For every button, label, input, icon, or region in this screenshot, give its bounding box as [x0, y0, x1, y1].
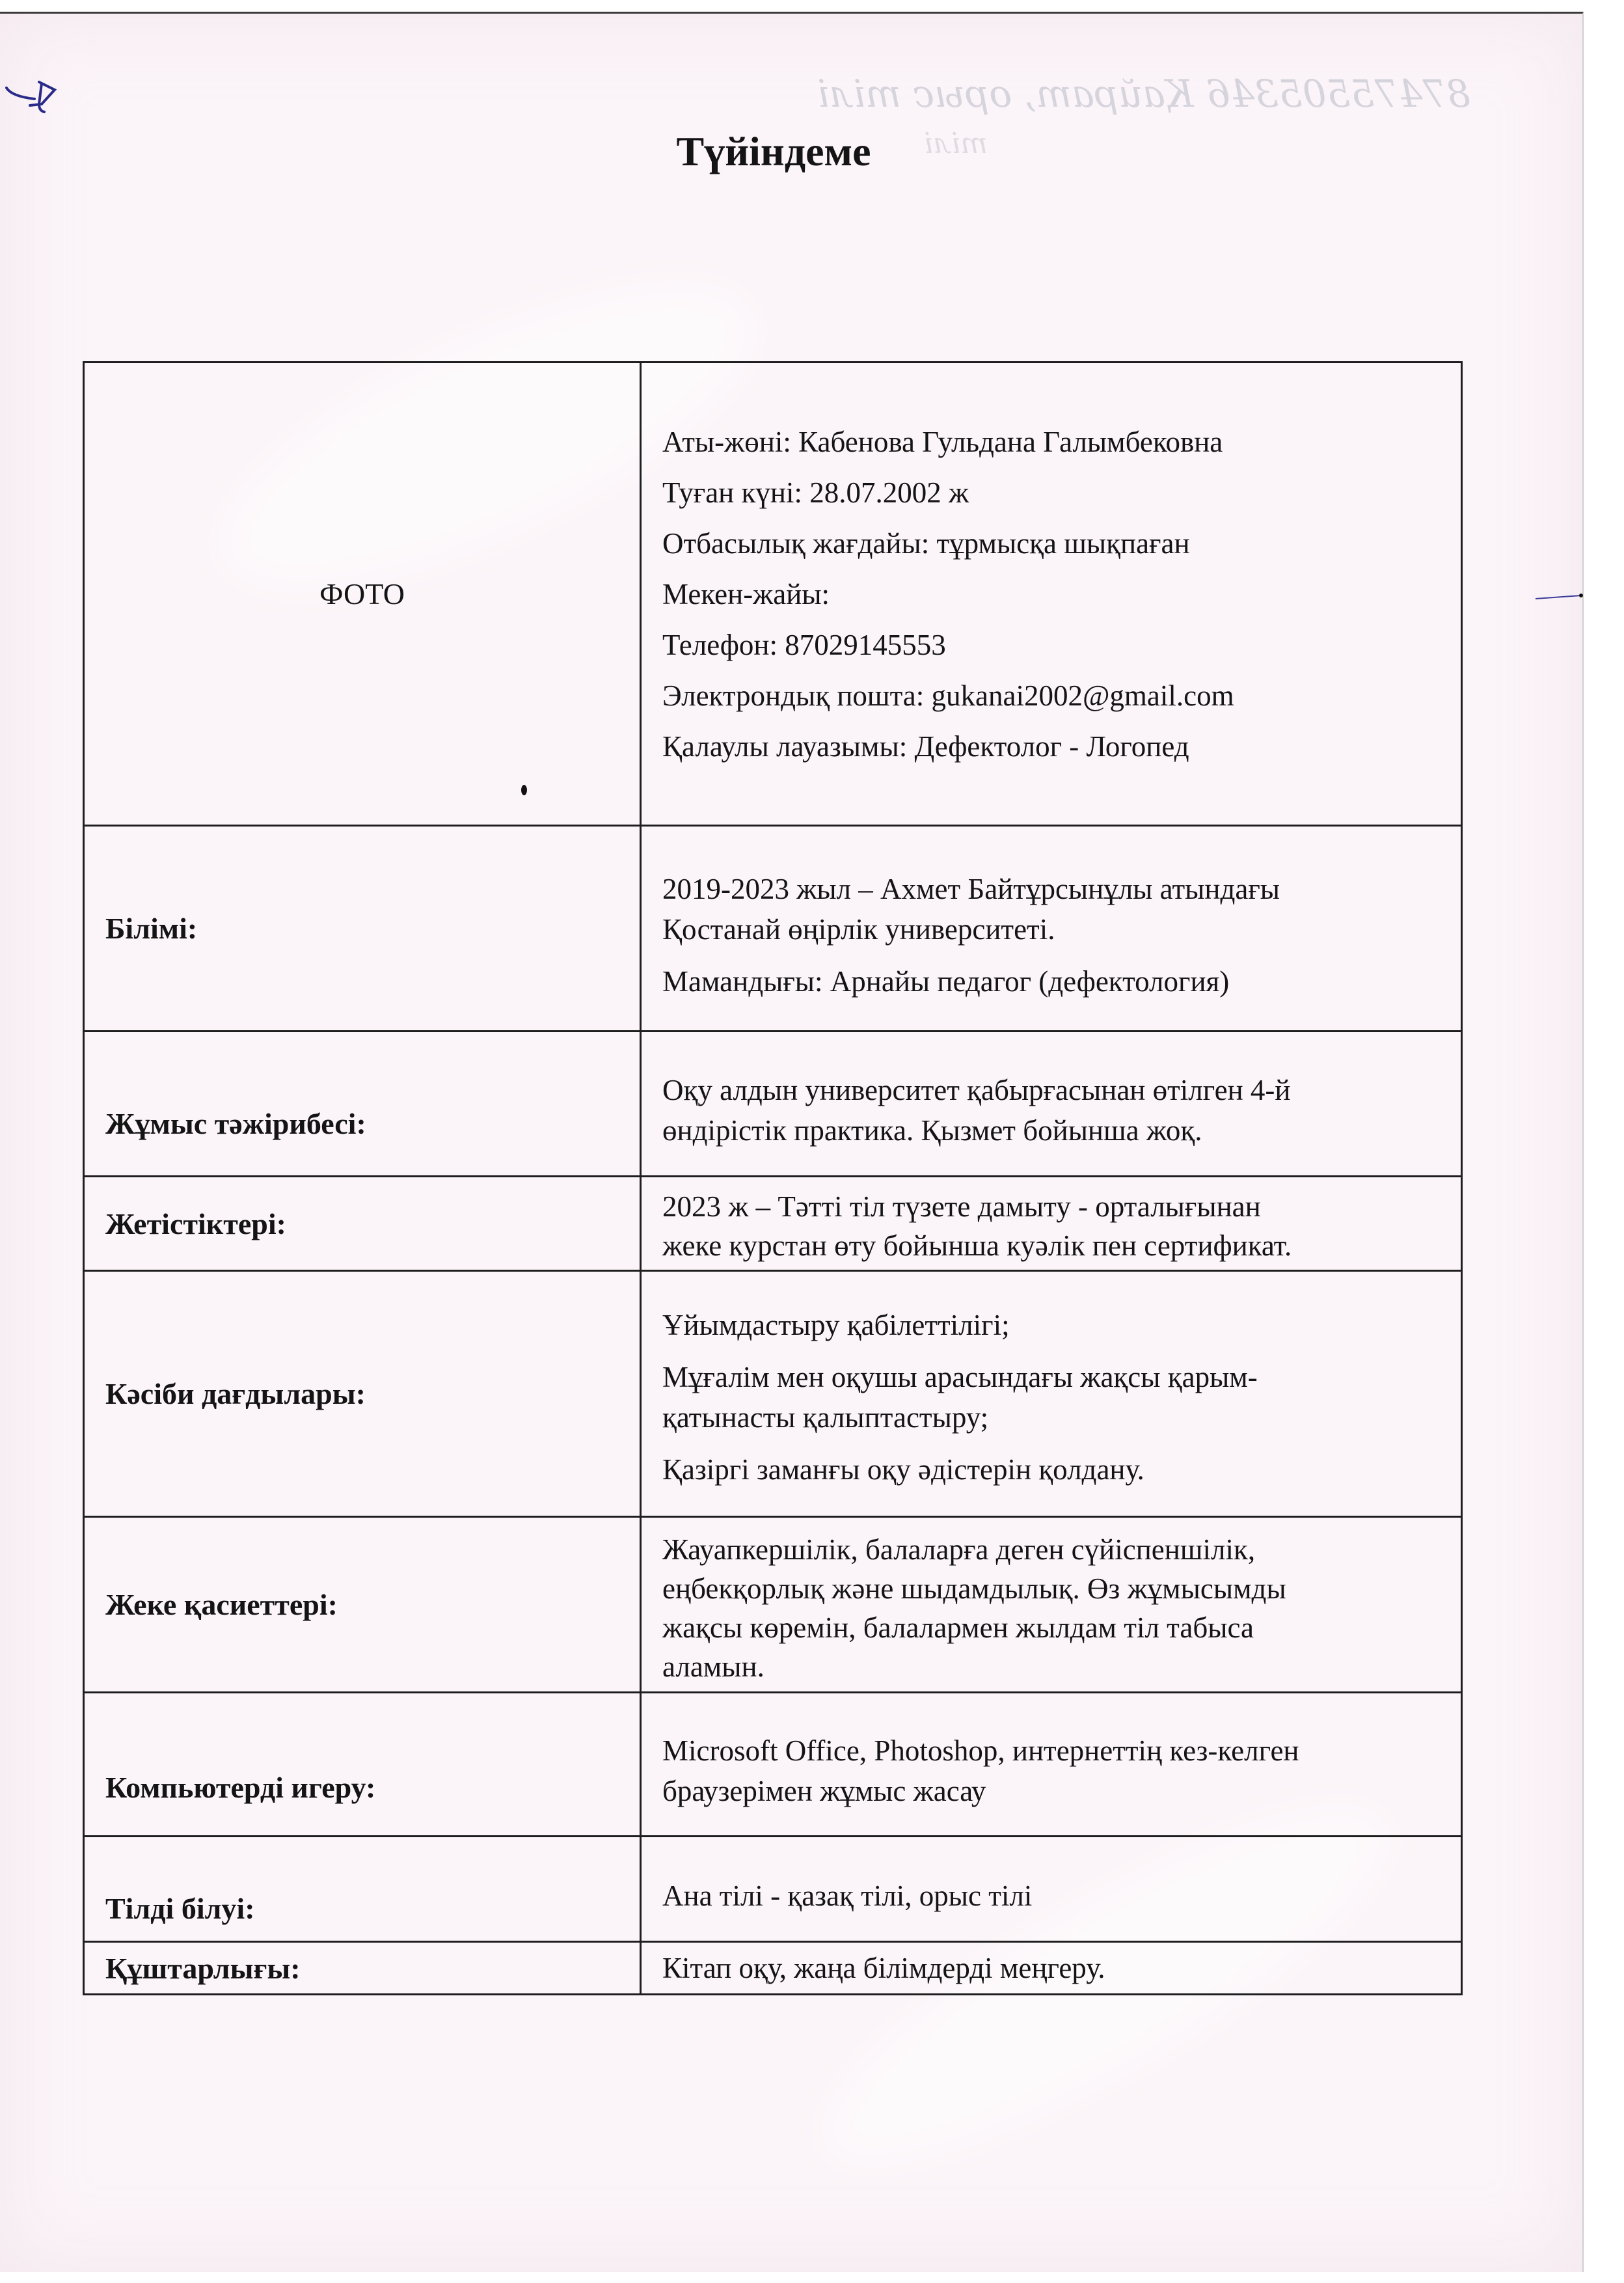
table-row-languages: Тілді білуі: Ана тілі - қазақ тілі, орыс… [84, 1837, 1462, 1942]
value-line: өндірістік практика. Қызмет бойынша жоқ. [662, 1110, 1448, 1151]
table-row-computer-skills: Компьютерді игеру: Microsoft Office, Pho… [84, 1693, 1462, 1837]
row-label: Жетістіктері: [84, 1177, 641, 1271]
value-line: Кітап оқу, жаңа білімдерді меңгеру. [662, 1948, 1448, 1988]
value-line: Мұғалім мен оқушы арасындағы жақсы қарым… [662, 1357, 1448, 1397]
row-label: Жұмыс тәжірибесі: [84, 1032, 641, 1177]
row-label: Компьютерді игеру: [84, 1693, 641, 1837]
ink-dot [521, 785, 527, 795]
full-name: Аты-жөні: Кабенова Гульдана Галымбековна [662, 417, 1448, 467]
value-line: аламын. [662, 1647, 1448, 1686]
photo-placeholder: ФОТО [84, 362, 641, 826]
document-title: Түйіндеме [0, 128, 1547, 176]
resume-table: ФОТО Аты-жөні: Кабенова Гульдана Галымбе… [83, 361, 1463, 1995]
row-label: Тілді білуі: [84, 1837, 641, 1942]
row-label: Кәсіби дағдылары: [84, 1271, 641, 1517]
email: Электрондық пошта: gukanai2002@gmail.com [662, 670, 1448, 721]
value-line: Қостанай өңірлік университеті. [662, 909, 1448, 950]
row-label: Құштарлығы: [84, 1942, 641, 1995]
row-value: 2019-2023 жыл – Ахмет Байтұрсынұлы атынд… [641, 826, 1462, 1032]
table-row-skills: Кәсіби дағдылары: Ұйымдастыру қабілеттіл… [84, 1271, 1462, 1517]
value-line: Ана тілі - қазақ тілі, орыс тілі [662, 1876, 1448, 1916]
table-row-interests: Құштарлығы: Кітап оқу, жаңа білімдерді м… [84, 1942, 1462, 1995]
birth-date: Туған күні: 28.07.2002 ж [662, 467, 1448, 518]
value-line: еңбекқорлық және шыдамдылық. Өз жұмысымд… [662, 1569, 1448, 1608]
value-line: қатынасты қалыптастыру; [662, 1397, 1448, 1438]
row-value: Ана тілі - қазақ тілі, орыс тілі [641, 1837, 1462, 1942]
table-row-experience: Жұмыс тәжірибесі: Оқу алдын университет … [84, 1032, 1462, 1177]
table-row-personal: ФОТО Аты-жөні: Кабенова Гульдана Галымбе… [84, 362, 1462, 826]
table-row-personal-qualities: Жеке қасиеттері: Жауапкершілік, балаларғ… [84, 1517, 1462, 1693]
value-line: браузерімен жұмыс жасау [662, 1771, 1448, 1811]
row-label: Білімі: [84, 826, 641, 1032]
row-value: Кітап оқу, жаңа білімдерді меңгеру. [641, 1942, 1462, 1995]
value-line: жеке курстан өту бойынша куәлік пен серт… [662, 1226, 1448, 1265]
row-value: 2023 ж – Тәтті тіл түзете дамыту - ортал… [641, 1177, 1462, 1271]
row-value: Ұйымдастыру қабілеттілігі; Мұғалім мен о… [641, 1271, 1462, 1517]
photo-label: ФОТО [319, 577, 405, 610]
table-row-achievements: Жетістіктері: 2023 ж – Тәтті тіл түзете … [84, 1177, 1462, 1271]
value-line: Жауапкершілік, балаларға деген сүйіспенш… [662, 1530, 1448, 1569]
value-line: Ұйымдастыру қабілеттілігі; [662, 1305, 1448, 1345]
row-value: Оқу алдын университет қабырғасынан өтілг… [641, 1032, 1462, 1177]
value-line: Microsoft Office, Photoshop, интернеттің… [662, 1730, 1448, 1771]
value-line: жақсы көремін, балалармен жылдам тіл таб… [662, 1608, 1448, 1647]
personal-info-cell: Аты-жөні: Кабенова Гульдана Галымбековна… [641, 362, 1462, 826]
phone: Телефон: 87029145553 [662, 620, 1448, 670]
bleed-through-handwriting: 87475505346 Қайрат, орыс тілі [820, 72, 1470, 116]
value-line: 2023 ж – Тәтті тіл түзете дамыту - ортал… [662, 1187, 1448, 1226]
value-line: 2019-2023 жыл – Ахмет Байтұрсынұлы атынд… [662, 869, 1448, 909]
handwritten-pen-mark-icon [5, 65, 57, 117]
address: Мекен-жайы: [662, 569, 1448, 620]
row-value: Жауапкершілік, балаларға деген сүйіспенш… [641, 1517, 1462, 1693]
value-line: Қазіргі заманғы оқу әдістерін қолдану. [662, 1449, 1448, 1490]
value-line: Оқу алдын университет қабырғасынан өтілг… [662, 1070, 1448, 1110]
value-line: Мамандығы: Арнайы педагог (дефектология) [662, 961, 1448, 1002]
table-row-education: Білімі: 2019-2023 жыл – Ахмет Байтұрсынұ… [84, 826, 1462, 1032]
marital-status: Отбасылық жағдайы: тұрмысқа шықпаған [662, 518, 1448, 569]
pen-stroke-icon [1536, 594, 1584, 600]
desired-position: Қалаулы лауазымы: Дефектолог - Логопед [662, 721, 1448, 772]
row-label: Жеке қасиеттері: [84, 1517, 641, 1693]
row-value: Microsoft Office, Photoshop, интернеттің… [641, 1693, 1462, 1837]
